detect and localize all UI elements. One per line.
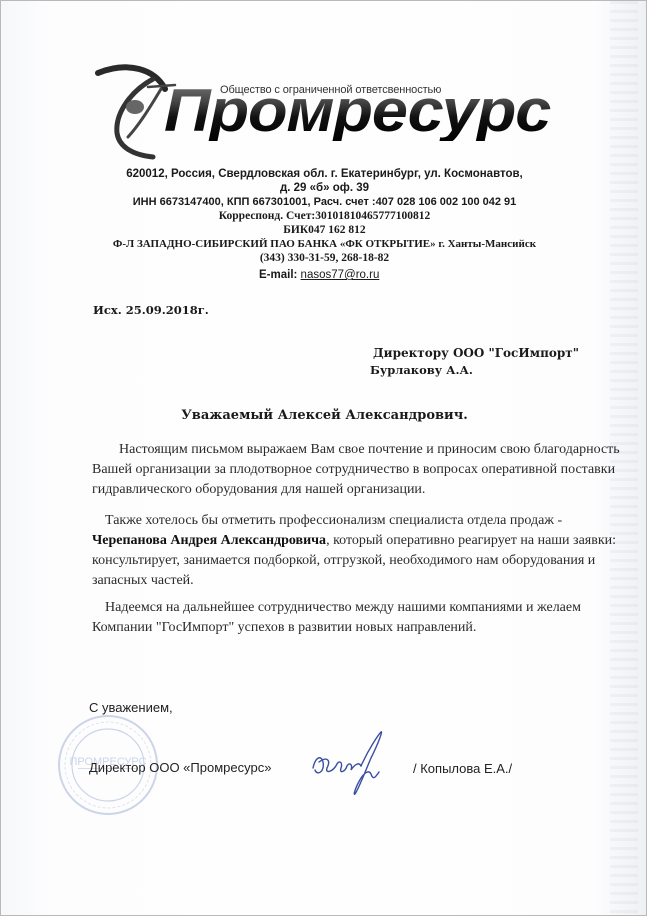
phones: (343) 330-31-59, 268-18-82 (1, 251, 647, 265)
inn-line: ИНН 6673147400, КПП 667301001, Расч. сче… (1, 195, 647, 209)
handwritten-signature-icon (309, 728, 399, 798)
paragraph-line-rest: , который оперативно реагирует на наши з… (326, 533, 616, 548)
email-label: E-mail: (259, 269, 301, 281)
email-link[interactable]: nasos77@ro.ru (301, 269, 380, 281)
body-paragraph-2: Также хотелось бы отметить профессионали… (92, 511, 612, 591)
outgoing-number: Исх. 25.09.2018г. (93, 303, 209, 317)
address-line-2: д. 29 «б» оф. 39 (1, 181, 647, 195)
bank-line: Ф-Л ЗАПАДНО-СИБИРСКИЙ ПАО БАНКА «ФК ОТКР… (1, 237, 647, 251)
email-row: E-mail: nasos77@ro.ru (259, 269, 379, 281)
paragraph-line: консультирует, занимается подборкой, отг… (92, 551, 612, 571)
address-line-1: 620012, Россия, Свердловская обл. г. Ека… (1, 167, 647, 181)
paragraph-line: запасных частей. (92, 571, 612, 591)
employee-name: Черепанова Андрея Александровича (92, 533, 326, 548)
corr-account: Корреспонд. Счет:30101810465777100812 (1, 209, 647, 223)
body-paragraph-1: Настоящим письмом выражаем Вам свое почт… (92, 440, 612, 500)
body-paragraph-3: Надеемся на дальнейшее сотрудничество ме… (92, 598, 612, 638)
salutation: Уважаемый Алексей Александрович. (1, 408, 647, 423)
addressee-name: Бурлакову А.А. (370, 363, 473, 377)
paragraph-line: Черепанова Андрея Александровича, которы… (92, 531, 612, 551)
company-logo-name: Промресурс (164, 81, 550, 141)
paragraph-line: Также хотелось бы отметить профессионали… (92, 511, 612, 531)
signer-name: / Копылова Е.А./ (413, 761, 512, 776)
regards-text: С уважением, (89, 700, 173, 715)
paragraph-line: Компании "ГосИмпорт" успехов в развитии … (92, 618, 612, 638)
paragraph-line: Настоящим письмом выражаем Вам свое почт… (92, 440, 612, 460)
signer-position: Директор ООО «Промресурс» (89, 760, 271, 775)
letter-page: Общество с ограниченной ответсвенностью … (0, 0, 647, 916)
paragraph-line: гидравлического оборудования для нашей о… (92, 480, 612, 500)
paragraph-line: Надеемся на дальнейшее сотрудничество ме… (92, 598, 612, 618)
addressee-title: Директору ООО "ГосИмпорт" (373, 346, 579, 360)
bik: БИК047 162 812 (1, 223, 647, 237)
paragraph-line: Вашей организации за плодотворное сотруд… (92, 460, 612, 480)
